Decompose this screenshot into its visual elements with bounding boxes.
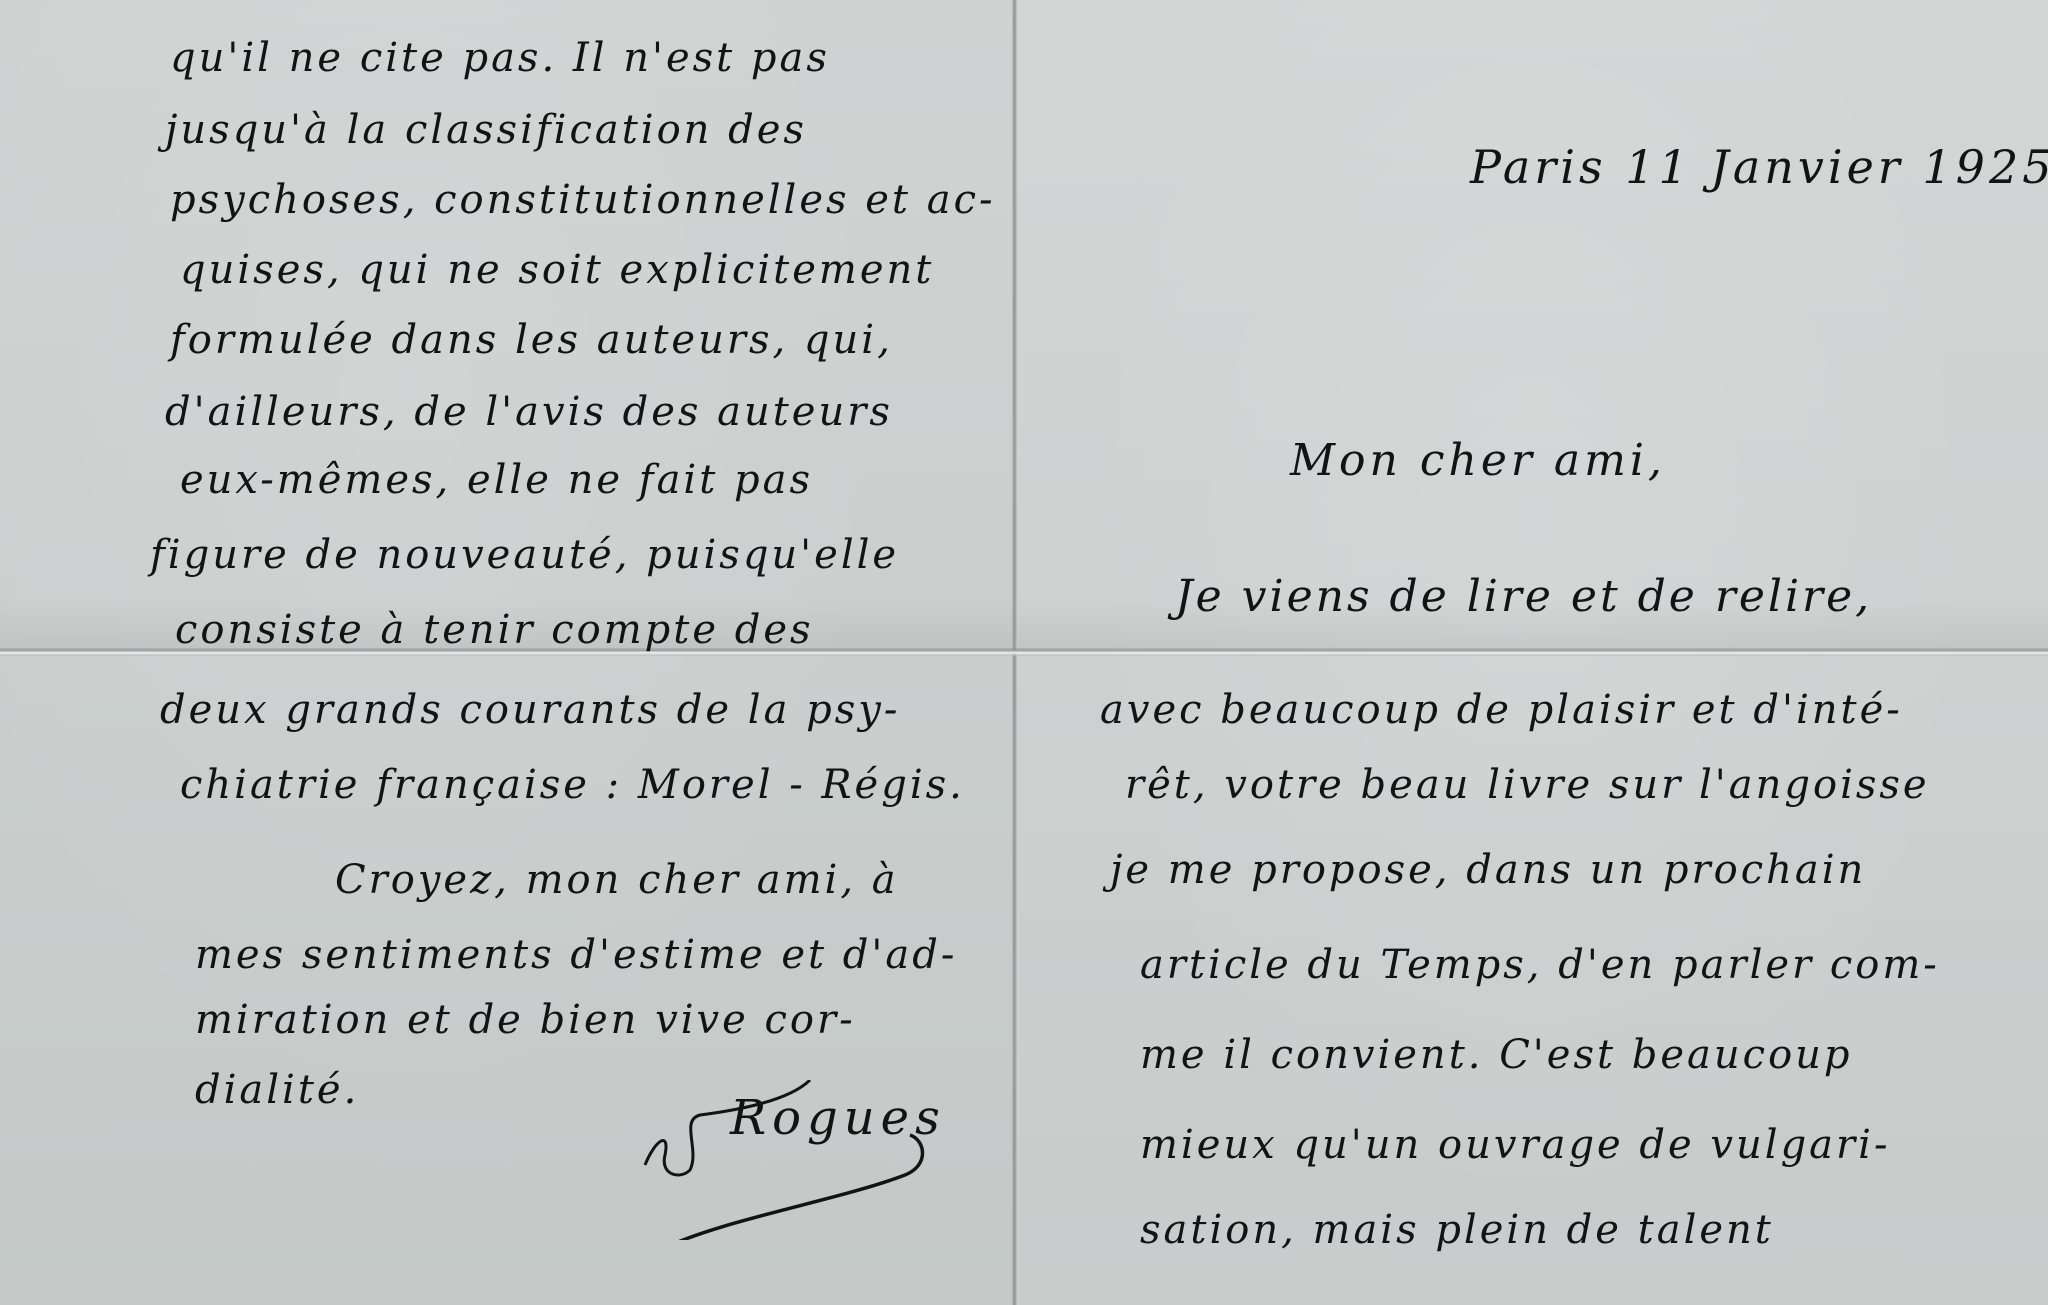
left-line-4: quises, qui ne soit explicitement — [180, 250, 934, 290]
signature: Rogues — [640, 1080, 940, 1240]
right-line-2: avec beaucoup de plaisir et d'inté- — [1100, 690, 1903, 730]
left-line-8: figure de nouveauté, puisqu'elle — [150, 535, 899, 575]
left-line-2: jusqu'à la classification des — [165, 110, 807, 150]
left-line-9: consiste à tenir compte des — [175, 610, 814, 650]
right-line-6: me il convient. C'est beaucoup — [1140, 1035, 1853, 1075]
left-line-11: chiatrie française : Morel - Régis. — [180, 765, 965, 805]
left-line-closing-2: mes sentiments d'estime et d'ad- — [195, 935, 957, 975]
right-line-7: mieux qu'un ouvrage de vulgari- — [1140, 1125, 1890, 1165]
left-line-3: psychoses, constitutionnelles et ac- — [170, 180, 995, 220]
right-line-4: je me propose, dans un prochain — [1110, 850, 1866, 890]
left-line-closing-4: dialité. — [195, 1070, 359, 1110]
salutation: Mon cher ami, — [1290, 435, 1666, 486]
right-line-3: rêt, votre beau livre sur l'angoisse — [1125, 765, 1930, 805]
left-line-10: deux grands courants de la psy- — [160, 690, 900, 730]
right-line-5: article du Temps, d'en parler com- — [1140, 945, 1940, 985]
left-line-6: d'ailleurs, de l'avis des auteurs — [165, 392, 893, 432]
right-line-8: sation, mais plein de talent — [1140, 1210, 1774, 1250]
right-line-1: Je viens de lire et de relire, — [1175, 575, 1872, 619]
left-line-1: qu'il ne cite pas. Il n'est pas — [170, 38, 830, 78]
date-line: Paris 11 Janvier 1925 — [1470, 140, 2048, 194]
left-line-closing-1: Croyez, mon cher ami, à — [335, 860, 899, 900]
left-line-5: formulée dans les auteurs, qui, — [170, 320, 893, 360]
left-line-closing-3: miration et de bien vive cor- — [195, 1000, 856, 1040]
left-line-7: eux-mêmes, elle ne fait pas — [180, 460, 813, 500]
signature-name: Rogues — [730, 1090, 946, 1146]
